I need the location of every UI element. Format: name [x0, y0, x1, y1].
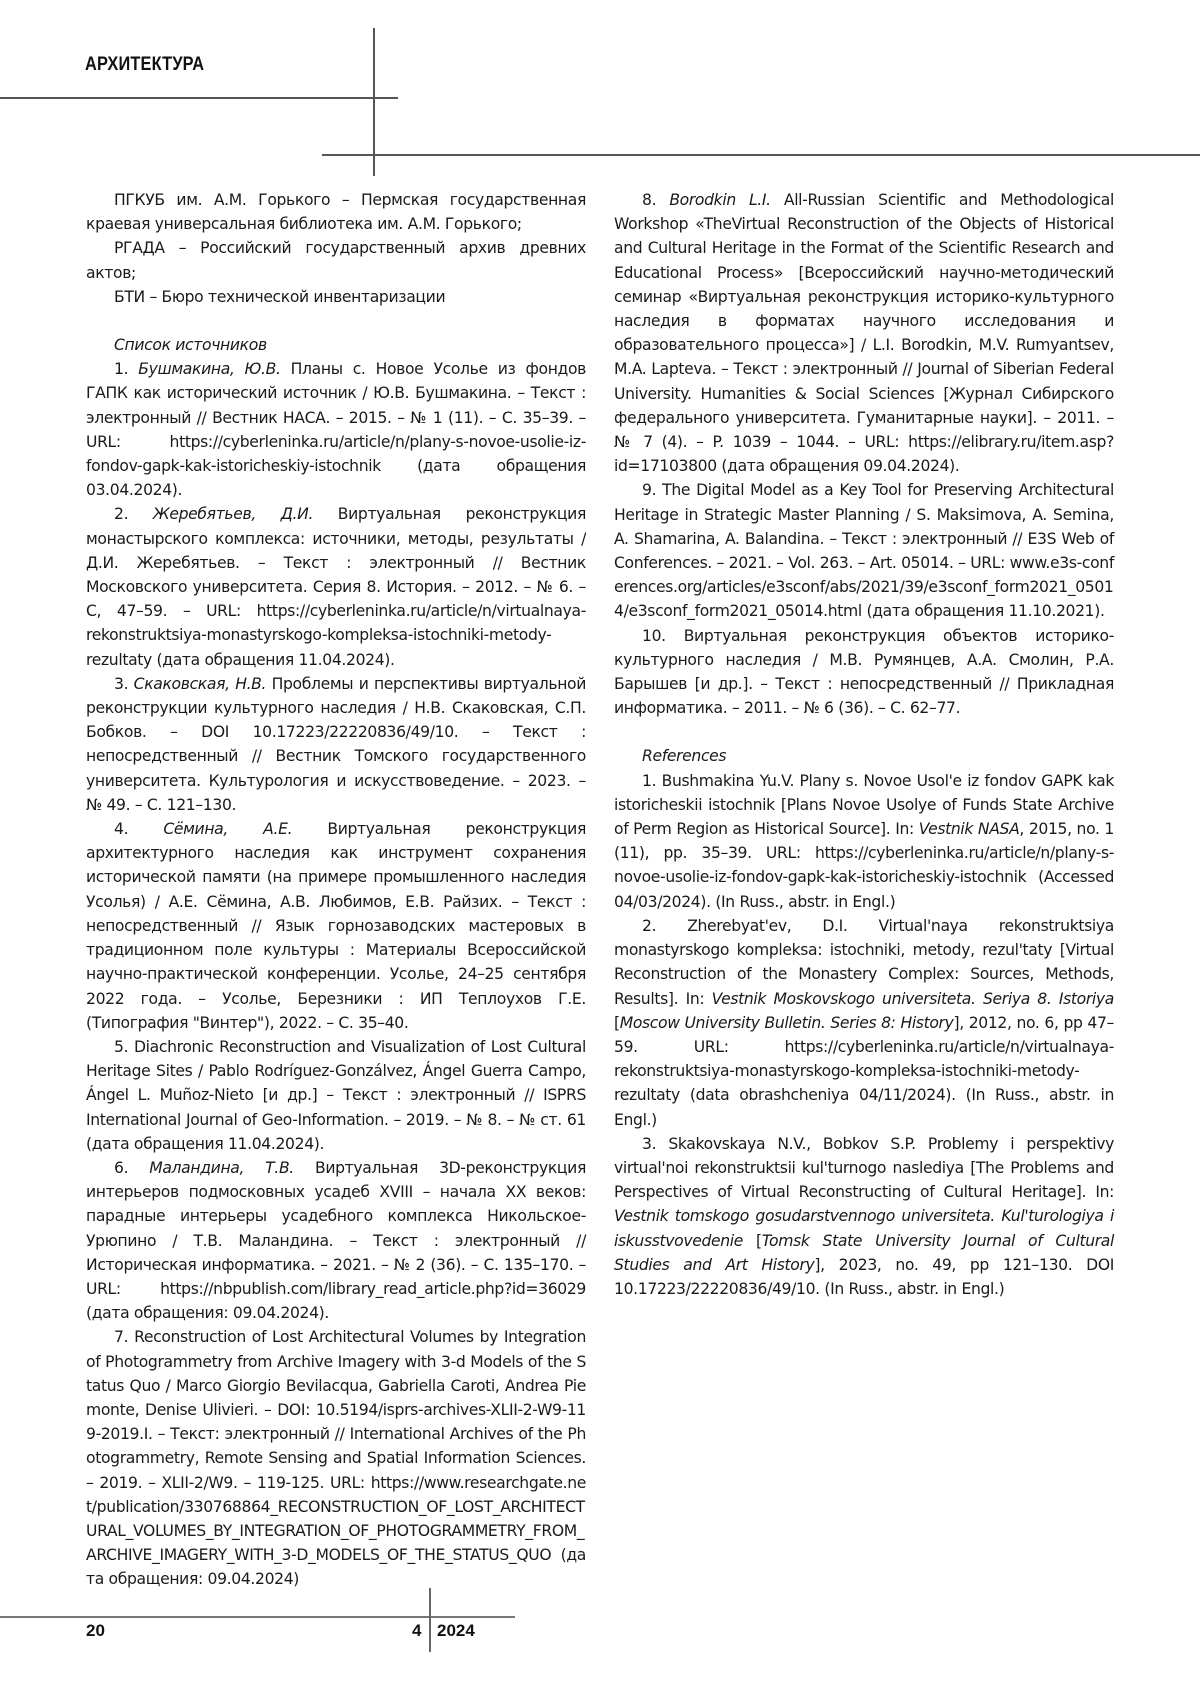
page-number: 20 — [86, 1621, 105, 1641]
source-item: 8. Borodkin L.I. All-Russian Scientific … — [614, 188, 1114, 478]
left-column: ПГКУБ им. А.М. Горького – Пермская госуд… — [86, 188, 586, 1592]
abbreviation: РГАДА – Российский государственный архив… — [86, 236, 586, 284]
source-item: 10. Виртуальная реконструкция объектов и… — [614, 624, 1114, 721]
source-author: Жеребятьев, Д.И. — [153, 505, 313, 523]
source-author: Бушмакина, Ю.В. — [138, 360, 280, 378]
abbreviation: БТИ – Бюро технической инвентаризации — [86, 285, 586, 309]
source-item: 1. Бушмакина, Ю.В. Планы с. Новое Усолье… — [86, 357, 586, 502]
header-horizontal-rule-2 — [322, 154, 1200, 156]
header-horizontal-rule — [0, 97, 398, 99]
footer-horizontal-rule — [0, 1616, 515, 1618]
issue-year: 2024 — [437, 1621, 475, 1641]
source-item: 9. The Digital Model as a Key Tool for P… — [614, 478, 1114, 623]
references-heading: References — [614, 744, 1114, 768]
reference-item: 3. Skakovskaya N.V., Bobkov S.P. Problem… — [614, 1132, 1114, 1301]
source-author: Скаковская, Н.В. — [134, 675, 266, 693]
sources-heading: Список источников — [86, 333, 586, 357]
issue-number: 4 — [412, 1621, 421, 1641]
source-item: 7. Reconstruction of Lost Architectural … — [86, 1325, 586, 1591]
source-item: 3. Скаковская, Н.В. Проблемы и перспекти… — [86, 672, 586, 817]
reference-item: 1. Bushmakina Yu.V. Plany s. Novoe Usol'… — [614, 769, 1114, 914]
source-author: Borodkin L.I. — [669, 191, 770, 209]
source-author: Маландина, Т.В. — [149, 1159, 294, 1177]
abbreviation: ПГКУБ им. А.М. Горького – Пермская госуд… — [86, 188, 586, 236]
source-item: 4. Сёмина, А.Е. Виртуальная реконструкци… — [86, 817, 586, 1035]
section-label: АРХИТЕКТУРА — [85, 54, 204, 76]
source-item: 5. Diachronic Reconstruction and Visuali… — [86, 1035, 586, 1156]
right-column: 8. Borodkin L.I. All-Russian Scientific … — [614, 188, 1114, 1301]
source-item: 2. Жеребятьев, Д.И. Виртуальная реконстр… — [86, 502, 586, 671]
footer-vertical-rule — [429, 1588, 431, 1652]
source-item: 6. Маландина, Т.В. Виртуальная 3D-реконс… — [86, 1156, 586, 1325]
reference-item: 2. Zherebyat'ev, D.I. Virtual'naya rekon… — [614, 914, 1114, 1132]
source-author: Сёмина, А.Е. — [163, 820, 292, 838]
